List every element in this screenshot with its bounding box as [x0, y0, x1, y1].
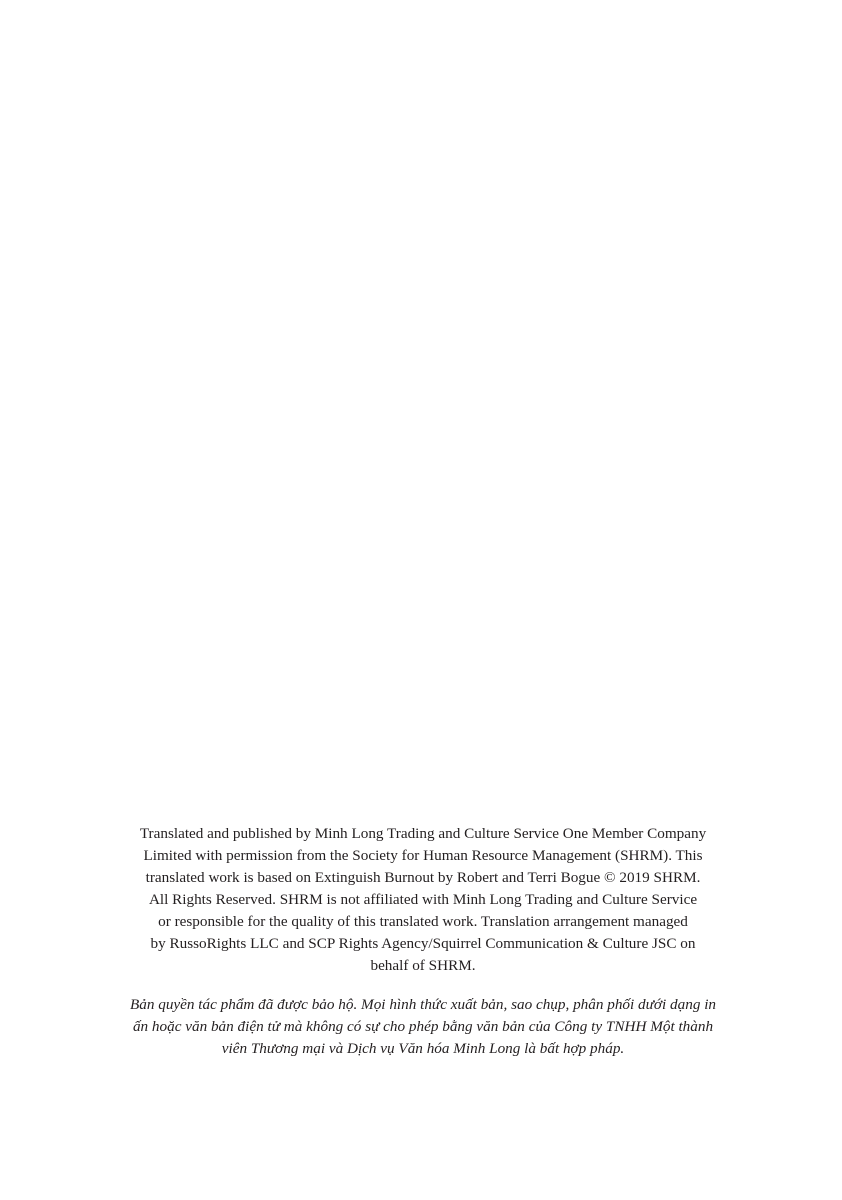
copyright-line: translated work is based on Extinguish B…: [118, 867, 728, 889]
vn-notice-line: viên Thương mại và Dịch vụ Văn hóa Minh …: [118, 1038, 728, 1060]
english-copyright-notice: Translated and published by Minh Long Tr…: [118, 823, 728, 977]
document-page: Translated and published by Minh Long Tr…: [0, 0, 842, 1200]
copyright-line: Limited with permission from the Society…: [118, 845, 728, 867]
copyright-line: Translated and published by Minh Long Tr…: [118, 823, 728, 845]
vietnamese-rights-notice: Bản quyền tác phẩm đã được bảo hộ. Mọi h…: [118, 994, 728, 1060]
copyright-line: or responsible for the quality of this t…: [118, 911, 728, 933]
vn-notice-line: Bản quyền tác phẩm đã được bảo hộ. Mọi h…: [118, 994, 728, 1016]
copyright-line: behalf of SHRM.: [118, 955, 728, 977]
vn-notice-line: ấn hoặc văn bản điện tử mà không có sự c…: [118, 1016, 728, 1038]
copyright-line: by RussoRights LLC and SCP Rights Agency…: [118, 933, 728, 955]
copyright-line: All Rights Reserved. SHRM is not affilia…: [118, 889, 728, 911]
